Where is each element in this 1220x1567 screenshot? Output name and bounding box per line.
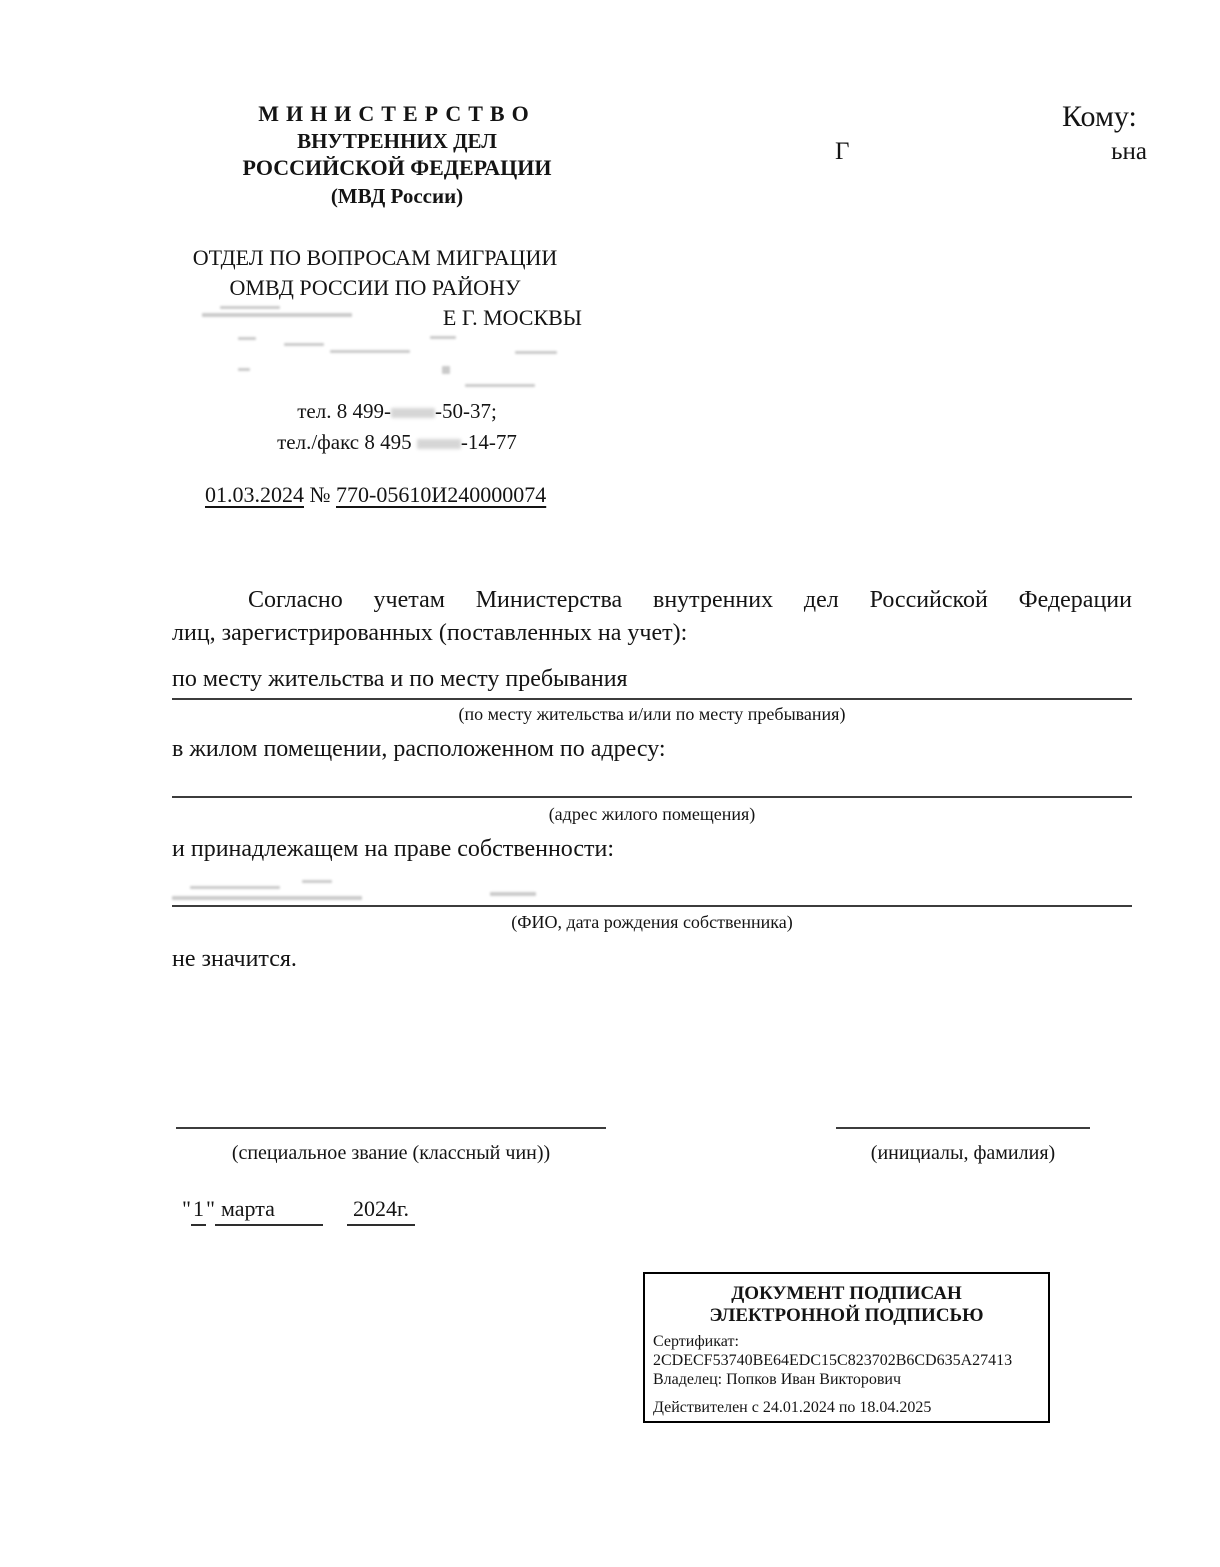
recipient-name-fragment-start: Г xyxy=(835,138,849,166)
phone-line: тел. 8 499--50-37; xyxy=(162,396,632,427)
redaction-artifact xyxy=(490,892,536,896)
stamp-validity: Действителен с 24.01.2024 по 18.04.2025 xyxy=(653,1398,1040,1417)
signature-line-name xyxy=(836,1098,1090,1129)
redaction-artifact xyxy=(465,384,535,387)
stamp-title-line2: ЭЛЕКТРОННОЙ ПОДПИСЬЮ xyxy=(653,1305,1040,1327)
owner-field-redacted xyxy=(172,874,1132,907)
issue-month: марта xyxy=(215,1196,323,1226)
phone-suffix: -50-37; xyxy=(435,399,497,423)
premises-line: в жилом помещении, расположенном по адре… xyxy=(172,736,666,763)
number-sign: № xyxy=(310,482,331,507)
stamp-title-line1: ДОКУМЕНТ ПОДПИСАН xyxy=(653,1283,1040,1305)
redaction-artifact xyxy=(515,351,557,354)
ministry-name-line3: РОССИЙСКОЙ ФЕДЕРАЦИИ xyxy=(232,154,562,182)
registration-type-caption: (по месту жительства и/или по месту преб… xyxy=(172,704,1132,725)
address-field-blank xyxy=(172,766,1132,798)
owner-caption: (ФИО, дата рождения собственника) xyxy=(172,912,1132,933)
redaction-artifact xyxy=(284,343,324,346)
reference-line: 01.03.2024 № 770-05610И240000074 xyxy=(205,482,546,508)
redaction-artifact xyxy=(430,336,456,339)
fax-line: тел./факс 8 495 -14-77 xyxy=(162,427,632,458)
phone-prefix: тел. 8 499- xyxy=(297,399,391,423)
body-intro-paragraph: Согласно учетам Министерства внутренних … xyxy=(172,584,1132,650)
stamp-owner: Владелец: Попков Иван Викторович xyxy=(653,1370,1040,1389)
document-page: МИНИСТЕРСТВО ВНУТРЕННИХ ДЕЛ РОССИЙСКОЙ Ф… xyxy=(0,0,1220,1567)
redaction-artifact xyxy=(172,896,362,900)
redaction-artifact xyxy=(391,408,435,418)
redaction-artifact xyxy=(330,350,410,353)
department-block: ОТДЕЛ ПО ВОПРОСАМ МИГРАЦИИ ОМВД РОССИИ П… xyxy=(140,243,610,333)
fax-suffix: -14-77 xyxy=(461,430,517,454)
redaction-artifact xyxy=(238,368,250,371)
redaction-artifact xyxy=(202,313,352,317)
body-intro-line2: лиц, зарегистрированных (поставленных на… xyxy=(172,617,1132,650)
result-statement: не значится. xyxy=(172,946,297,973)
redaction-artifact xyxy=(302,880,332,883)
open-quote: " xyxy=(182,1196,191,1221)
recipient-name-fragment-end: ьна xyxy=(1111,138,1147,166)
ministry-name-line2: ВНУТРЕННИХ ДЕЛ xyxy=(232,128,562,154)
ministry-abbreviation: (МВД России) xyxy=(232,182,562,211)
recipient-label: Кому: xyxy=(1062,100,1137,134)
electronic-signature-stamp: ДОКУМЕНТ ПОДПИСАН ЭЛЕКТРОННОЙ ПОДПИСЬЮ С… xyxy=(643,1272,1050,1423)
close-quote: " xyxy=(206,1196,215,1221)
signature-name-caption: (инициалы, фамилия) xyxy=(790,1142,1136,1165)
signature-line-rank xyxy=(176,1098,606,1129)
department-line1: ОТДЕЛ ПО ВОПРОСАМ МИГРАЦИИ xyxy=(140,243,610,273)
signature-rank-caption: (специальное звание (классный чин)) xyxy=(176,1142,606,1165)
ministry-letterhead: МИНИСТЕРСТВО ВНУТРЕННИХ ДЕЛ РОССИЙСКОЙ Ф… xyxy=(232,100,562,211)
body-intro-line1: Согласно учетам Министерства внутренних … xyxy=(172,584,1132,617)
issue-day: 1 xyxy=(191,1196,206,1226)
department-line3: Е Г. МОСКВЫ xyxy=(140,303,610,333)
redaction-artifact xyxy=(238,337,256,340)
stamp-certificate-value: 2CDECF53740BE64EDC15C823702B6CD635A27413 xyxy=(653,1351,1040,1370)
contact-phones: тел. 8 499--50-37; тел./факс 8 495 -14-7… xyxy=(162,396,632,458)
reference-date: 01.03.2024 xyxy=(205,482,304,507)
stamp-certificate-label: Сертификат: xyxy=(653,1332,1040,1351)
reference-number: 770-05610И240000074 xyxy=(336,482,546,507)
department-line2: ОМВД РОССИИ ПО РАЙОНУ xyxy=(140,273,610,303)
redaction-artifact xyxy=(190,886,280,889)
issue-year: 2024г. xyxy=(347,1196,415,1226)
address-caption: (адрес жилого помещения) xyxy=(172,804,1132,825)
department-line3-visible-text: Е Г. МОСКВЫ xyxy=(443,305,582,330)
redaction-artifact xyxy=(220,306,280,309)
ownership-line: и принадлежащем на праве собственности: xyxy=(172,836,614,863)
recipient-name-redacted: Г ьна xyxy=(835,138,1147,166)
issue-date-line: "1"марта2024г. xyxy=(182,1196,415,1226)
registration-type-field: по месту жительства и по месту пребывани… xyxy=(172,666,1132,700)
redaction-artifact xyxy=(417,439,461,449)
redaction-artifact xyxy=(442,366,450,374)
fax-prefix: тел./факс 8 495 xyxy=(277,430,417,454)
ministry-name-line1: МИНИСТЕРСТВО xyxy=(232,100,562,128)
